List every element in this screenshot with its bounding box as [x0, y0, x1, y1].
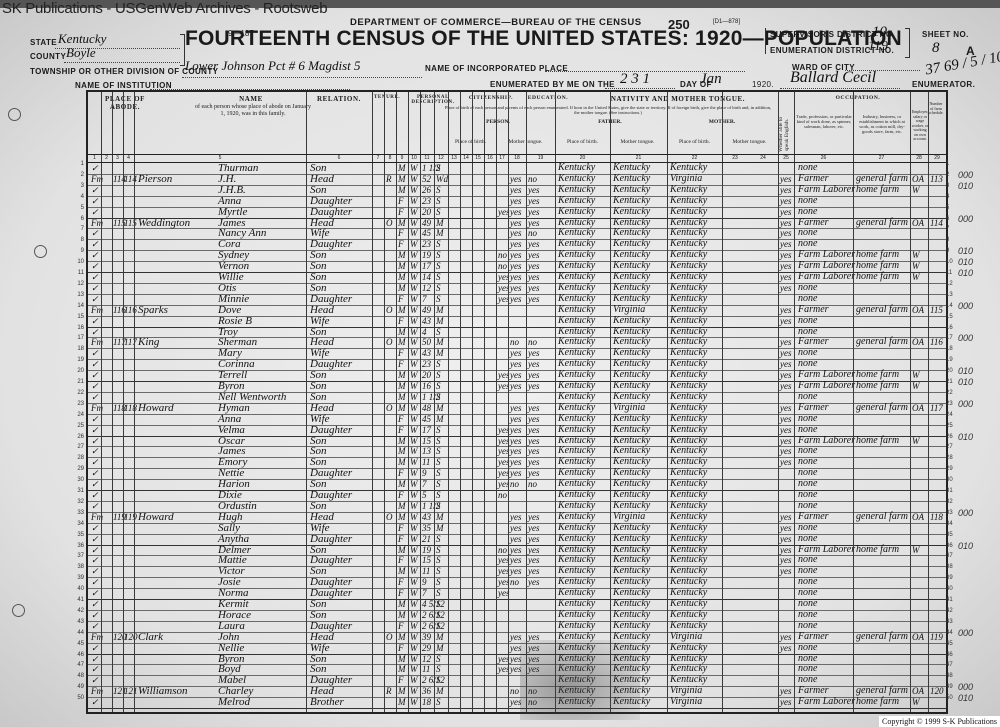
line-number: 35: [70, 532, 84, 538]
table-row: ✓WillieSonMW14SyesyesyesKentuckyKentucky…: [88, 270, 946, 281]
line-number-right: 12: [946, 281, 953, 287]
relation: Brother: [310, 695, 344, 709]
line-number: 45: [70, 641, 84, 647]
table-row: ✓AnythaDaughterFW21SyesyesKentuckyKentuc…: [88, 532, 946, 543]
county-value: Boyle: [66, 45, 96, 61]
line-number: 30: [70, 477, 84, 483]
line-number: 23: [70, 401, 84, 407]
line-number-right: 29: [946, 466, 953, 472]
occupation-trade: Farm Laborer: [798, 695, 855, 709]
given-name: Melrod: [218, 695, 250, 709]
column-divider: [555, 92, 556, 712]
line-number: 24: [70, 412, 84, 418]
line-number: 50: [70, 695, 84, 701]
line-number: 3: [70, 183, 84, 189]
line-number-right: 37: [946, 553, 953, 559]
line-number: 25: [70, 423, 84, 429]
column-divider: [112, 92, 113, 712]
line-number-right: 17: [946, 335, 953, 341]
table-row: ✓NellieWifeFW29MyesyesKentuckyKentuckyKe…: [88, 641, 946, 652]
table-row: ✓NettieDaughterFW9SyesyesyesKentuckyKent…: [88, 466, 946, 477]
line-number: 39: [70, 575, 84, 581]
census-page: SK Publications - USGenWeb Archives - Ro…: [0, 0, 1000, 727]
county-label: COUNTY: [30, 52, 66, 61]
column-divider: [123, 92, 124, 712]
table-row: ✓MinnieDaughterFW7SyesyesyesKentuckyKent…: [88, 292, 946, 303]
line-number: 2: [70, 172, 84, 178]
line-number-right: 16: [946, 325, 953, 331]
table-row: Fm118118HowardHymanHeadOMW48MyesyesKentu…: [88, 401, 946, 412]
line-number-right: 25: [946, 423, 953, 429]
township-line: [182, 77, 422, 78]
line-number-right: 10: [946, 259, 953, 265]
coding-mark: 000: [958, 628, 973, 638]
table-row: ✓VernonSonMW17SnoyesyesKentuckyKentuckyK…: [88, 259, 946, 270]
enumerated-day-line: [605, 88, 675, 89]
township-value: Lower Johnson Pct # 6 Magdist 5: [185, 58, 361, 74]
occupation-industry: home farm: [856, 695, 899, 709]
line-number-right: 42: [946, 608, 953, 614]
line-number-right: 43: [946, 619, 953, 625]
punch-hole-icon: [34, 245, 47, 258]
coding-mark: 000: [958, 214, 973, 224]
line-number: 27: [70, 444, 84, 450]
line-number-right: 39: [946, 575, 953, 581]
line-number: 12: [70, 281, 84, 287]
line-number-right: 24: [946, 412, 953, 418]
line-number: 44: [70, 630, 84, 636]
name-description: of each person whose place of abode on J…: [194, 104, 312, 118]
table-row: ✓CoraDaughterFW23SyesyesKentuckyKentucky…: [88, 237, 946, 248]
table-row: ✓OscarSonMW15SyesyesyesKentuckyKentuckyK…: [88, 434, 946, 445]
line-number: 13: [70, 292, 84, 298]
table-row: ✓JosieDaughterFW9SyesnoyesKentuckyKentuc…: [88, 575, 946, 586]
scan-shadow: [520, 640, 640, 720]
column-divider: [434, 92, 435, 712]
line-number-right: 49: [946, 684, 953, 690]
industry-header: Industry, business, or establishment in …: [854, 114, 910, 134]
speaks-english: yes: [780, 695, 792, 709]
line-number: 8: [70, 237, 84, 243]
street-marker: ✓: [91, 695, 99, 709]
line-number-right: 19: [946, 357, 953, 363]
sheet-number-value: 8: [932, 40, 940, 57]
table-row: Fm120120ClarkJohnHeadOMW39MyesyesKentuck…: [88, 630, 946, 641]
line-number: 14: [70, 303, 84, 309]
father-birthplace-header: Place of birth.: [555, 139, 610, 145]
column-divider: [448, 92, 449, 712]
age: 18: [422, 695, 431, 709]
line-number: 19: [70, 357, 84, 363]
line-number-right: 13: [946, 292, 953, 298]
sex: M: [398, 695, 406, 709]
coding-mark: 000: [958, 333, 973, 343]
column-divider: [101, 92, 102, 712]
table-row: ✓TroySonMW4SKentuckyKentuckyKentuckynone: [88, 325, 946, 336]
line-number-right: 47: [946, 662, 953, 668]
line-number-right: 2: [946, 172, 949, 178]
line-number: 36: [70, 543, 84, 549]
line-number: 18: [70, 346, 84, 352]
line-number: 10: [70, 259, 84, 265]
mother-birthplace-header: Place of birth.: [667, 139, 722, 145]
column-divider: [722, 92, 723, 712]
line-number-right: 23: [946, 401, 953, 407]
line-number-right: 20: [946, 368, 953, 374]
column-divider: [484, 92, 485, 712]
line-number-right: 15: [946, 314, 953, 320]
farm-schedule-header: Number of farm schedule.: [928, 102, 944, 116]
line-number-right: 45: [946, 641, 953, 647]
table-row: ✓Nell WentworthSonMW1 1/2SKentuckyKentuc…: [88, 390, 946, 401]
coding-mark: 010: [958, 541, 973, 551]
state-label: STATE: [30, 38, 57, 47]
line-number-right: 18: [946, 346, 953, 352]
line-number: 34: [70, 521, 84, 527]
column-divider: [610, 92, 611, 712]
coding-mark: 010: [958, 693, 973, 703]
form-code: [D1—878]: [713, 19, 740, 25]
employment-class: W: [912, 695, 920, 709]
coding-mark: 000: [958, 508, 973, 518]
table-row: ✓HoraceSonMW2 6/12SKentuckyKentuckyKentu…: [88, 608, 946, 619]
column-divider: [910, 92, 911, 712]
table-row: ✓BoydSonMW11SyesyesyesKentuckyKentuckyKe…: [88, 662, 946, 673]
line-number-right: 33: [946, 510, 953, 516]
col-group-tenure: TENURE.: [374, 95, 396, 100]
line-number-right: 28: [946, 455, 953, 461]
census-table: PLACE OF ABODE. NAME of each person whos…: [86, 90, 948, 714]
line-number: 15: [70, 314, 84, 320]
line-number: 17: [70, 335, 84, 341]
line-number-right: 3: [946, 183, 949, 189]
table-row: Fm115115WeddingtonJamesHeadOMW49MyesyesK…: [88, 216, 946, 227]
line-number: 33: [70, 510, 84, 516]
line-number: 9: [70, 248, 84, 254]
table-row: ✓SallyWifeFW35MyesyesKentuckyKentuckyKen…: [88, 521, 946, 532]
speak-english-header: Whether able to speak English.: [778, 112, 792, 157]
coding-mark: 000: [958, 682, 973, 692]
table-row: ✓EmorySonMW11SyesyesyesKentuckyKentuckyK…: [88, 455, 946, 466]
line-number: 21: [70, 379, 84, 385]
enumerated-day: 2 3 1: [620, 71, 650, 88]
enumerated-label: ENUMERATED BY ME ON THE: [490, 80, 615, 89]
enumerator-line: [780, 88, 900, 89]
table-row: ✓KermitSonMW4 5/12SKentuckyKentuckyKentu…: [88, 597, 946, 608]
mother-tongue-header: Mother tongue.: [722, 139, 777, 145]
table-row: ✓J.H.B.SonMW26SyesyesKentuckyKentuckyKen…: [88, 183, 946, 194]
col-group-name: NAME: [196, 95, 306, 103]
line-number-right: 44: [946, 630, 953, 636]
coding-mark: 010: [958, 181, 973, 191]
table-row: ✓MattieDaughterFW15SyesyesyesKentuckyKen…: [88, 553, 946, 564]
table-row: ✓ByronSonMW12SyesyesyesKentuckyKentuckyK…: [88, 652, 946, 663]
coding-mark: 010: [958, 246, 973, 256]
employer-header: Employer, salary or wage worker, or work…: [911, 110, 929, 142]
line-number: 38: [70, 564, 84, 570]
table-row: ✓JamesSonMW13SyesyesyesKentuckyKentuckyK…: [88, 444, 946, 455]
line-number: 31: [70, 488, 84, 494]
line-number-right: 22: [946, 390, 953, 396]
punch-hole-icon: [12, 604, 25, 617]
line-number-right: 26: [946, 434, 953, 440]
table-row: ✓SydneySonMW19SnoyesyesKentuckyKentuckyK…: [88, 248, 946, 259]
coding-mark: 000: [958, 399, 973, 409]
line-number: 11: [70, 270, 84, 276]
line-number-right: 9: [946, 248, 949, 254]
line-number: 4: [70, 194, 84, 200]
column-divider: [508, 92, 509, 712]
enumerator-label: ENUMERATOR.: [912, 80, 975, 89]
table-row: ✓MelrodBrotherMW18SyesnoKentuckyKentucky…: [88, 695, 946, 706]
column-divider: [396, 92, 397, 712]
column-divider: [384, 92, 385, 712]
coding-mark: 010: [958, 268, 973, 278]
line-number: 40: [70, 586, 84, 592]
line-number-right: 34: [946, 521, 953, 527]
line-number-right: 1: [946, 161, 949, 167]
line-number-right: 21: [946, 379, 953, 385]
column-divider: [372, 92, 373, 712]
line-number: 47: [70, 662, 84, 668]
column-divider: [134, 92, 135, 712]
district-bracket-right: [905, 28, 910, 58]
table-row: ✓NormaDaughterFW7SyesKentuckyKentuckyKen…: [88, 586, 946, 597]
table-row: ✓CorinnaDaughterFW23SyesyesKentuckyKentu…: [88, 357, 946, 368]
header-divider: [88, 154, 946, 155]
ward-line: [845, 70, 920, 71]
line-number-right: 32: [946, 499, 953, 505]
header-divider: [88, 162, 946, 163]
table-row: ✓Nancy AnnWifeFW45MyesnoKentuckyKentucky…: [88, 226, 946, 237]
table-row: Fm117117KingShermanHeadOMW50MnonoKentuck…: [88, 335, 946, 346]
line-number: 22: [70, 390, 84, 396]
county-line: [64, 62, 180, 63]
column-divider: [778, 92, 779, 712]
line-number-right: 31: [946, 488, 953, 494]
line-number: 28: [70, 455, 84, 461]
line-number: 48: [70, 673, 84, 679]
table-row: Fm121121WilliamsonCharleyHeadRMW36MnonoK…: [88, 684, 946, 695]
table-row: Fm116116SparksDoveHeadOMW49MKentuckyVirg…: [88, 303, 946, 314]
month-value: Jan: [700, 71, 722, 88]
column-divider: [928, 92, 929, 712]
line-number: 29: [70, 466, 84, 472]
line-number-right: 27: [946, 444, 953, 450]
column-divider: [853, 92, 854, 712]
table-row: ✓AnnaDaughterFW23SyesyesKentuckyKentucky…: [88, 194, 946, 205]
table-row: ✓Rosie BWifeFW43MKentuckyKentuckyKentuck…: [88, 314, 946, 325]
coding-mark: 000: [958, 301, 973, 311]
column-divider: [496, 92, 497, 712]
line-number-right: 50: [946, 695, 953, 701]
table-row: ✓MabelDaughterFW2 6/12SKentuckyKentuckyK…: [88, 673, 946, 684]
coding-mark: 010: [958, 366, 973, 376]
table-row: Fm119119HowardHughHeadOMW43MyesyesKentuc…: [88, 510, 946, 521]
father-tongue-header: Mother tongue.: [610, 139, 665, 145]
copyright-notice: Copyright © 1999 S-K Publications: [879, 716, 1000, 727]
line-number: 42: [70, 608, 84, 614]
column-divider: [472, 92, 473, 712]
col-group-relation: RELATION.: [306, 95, 372, 103]
trade-header: Trade, profession, or particular kind of…: [796, 114, 852, 129]
table-row: ✓AnnaWifeFW45MyesyesKentuckyKentuckyKent…: [88, 412, 946, 423]
line-number: 20: [70, 368, 84, 374]
column-divider: [460, 92, 461, 712]
person-birthplace-header: Place of birth.: [443, 139, 498, 145]
line-number: 46: [70, 652, 84, 658]
line-number-right: 5: [946, 205, 949, 211]
line-number-right: 4: [946, 194, 949, 200]
line-number-right: 11: [946, 270, 952, 276]
line-number: 6: [70, 216, 84, 222]
table-row: ✓DixieDaughterFW5SnoKentuckyKentuckyKent…: [88, 488, 946, 499]
line-number-right: 6: [946, 216, 949, 222]
line-number-right: 36: [946, 543, 953, 549]
column-divider: [794, 92, 795, 712]
line-number-right: 14: [946, 303, 953, 309]
line-number-right: 48: [946, 673, 953, 679]
table-row: ✓OtisSonMW12SyesyesyesKentuckyKentuckyKe…: [88, 281, 946, 292]
table-row: ✓LauraDaughterFW2 6/12SKentuckyKentuckyK…: [88, 619, 946, 630]
mother-birthplace: Virginia: [670, 695, 702, 709]
column-divider: [526, 92, 527, 712]
column-divider: [667, 92, 668, 712]
line-number: 16: [70, 325, 84, 331]
year-label: 1920.: [752, 80, 774, 89]
table-row: ✓MaryWifeFW43MyesyesKentuckyKentuckyKent…: [88, 346, 946, 357]
table-row: ✓MyrtleDaughterFW20SyesyesyesKentuckyKen…: [88, 205, 946, 216]
line-number: 49: [70, 684, 84, 690]
line-number: 1: [70, 161, 84, 167]
line-number-right: 35: [946, 532, 953, 538]
column-divider: [408, 92, 409, 712]
enumeration-district-value: 119: [868, 39, 888, 55]
column-divider: [420, 92, 421, 712]
column-divider: [306, 92, 307, 712]
sheet-number-label: SHEET NO.: [922, 30, 969, 39]
table-row: ✓DelmerSonMW19SnoyesyesKentuckyKentuckyK…: [88, 543, 946, 554]
line-number-right: 41: [946, 597, 953, 603]
line-number-right: 46: [946, 652, 953, 658]
line-number-right: 38: [946, 564, 953, 570]
line-number: 37: [70, 553, 84, 559]
table-row: ✓ByronSonMW16SyesyesyesKentuckyKentuckyK…: [88, 379, 946, 390]
line-number-right: 7: [946, 226, 949, 232]
punch-hole-icon: [8, 108, 21, 121]
line-number-right: 30: [946, 477, 953, 483]
table-row: Fm114114PiersonJ.H.HeadRMW52WdyesnoKentu…: [88, 172, 946, 183]
line-number: 32: [70, 499, 84, 505]
race: W: [410, 695, 418, 709]
coding-mark: 000: [958, 170, 973, 180]
table-row: ✓OrdustinSonMW1 1/2SKentuckyKentuckyKent…: [88, 499, 946, 510]
line-number: 5: [70, 205, 84, 211]
col-group-nativity: NATIVITY AND MOTHER TONGUE.: [608, 95, 748, 103]
marital-status: S: [436, 695, 441, 709]
watermark-text: SK Publications - USGenWeb Archives - Ro…: [2, 0, 327, 17]
coding-mark: 010: [958, 377, 973, 387]
nativity-description: Place of birth of each person and parent…: [443, 105, 773, 115]
line-number-right: 40: [946, 586, 953, 592]
col-group-occupation: OCCUPATION.: [818, 95, 898, 101]
col-group-education: EDUCATION.: [518, 95, 578, 101]
line-number: 26: [70, 434, 84, 440]
line-number: 43: [70, 619, 84, 625]
line-number-right: 8: [946, 237, 949, 243]
coding-mark: 010: [958, 432, 973, 442]
table-row: ✓HarionSonMW7SyesnonoKentuckyKentuckyKen…: [88, 477, 946, 488]
table-row: ✓TerrellSonMW20SyesyesyesKentuckyKentuck…: [88, 368, 946, 379]
line-number: 7: [70, 226, 84, 232]
table-row: ✓VelmaDaughterFW17SyesyesyesKentuckyKent…: [88, 423, 946, 434]
line-number: 41: [70, 597, 84, 603]
table-row: ✓VictorSonMW11SyesyesyesKentuckyKentucky…: [88, 564, 946, 575]
coding-mark: 010: [958, 257, 973, 267]
